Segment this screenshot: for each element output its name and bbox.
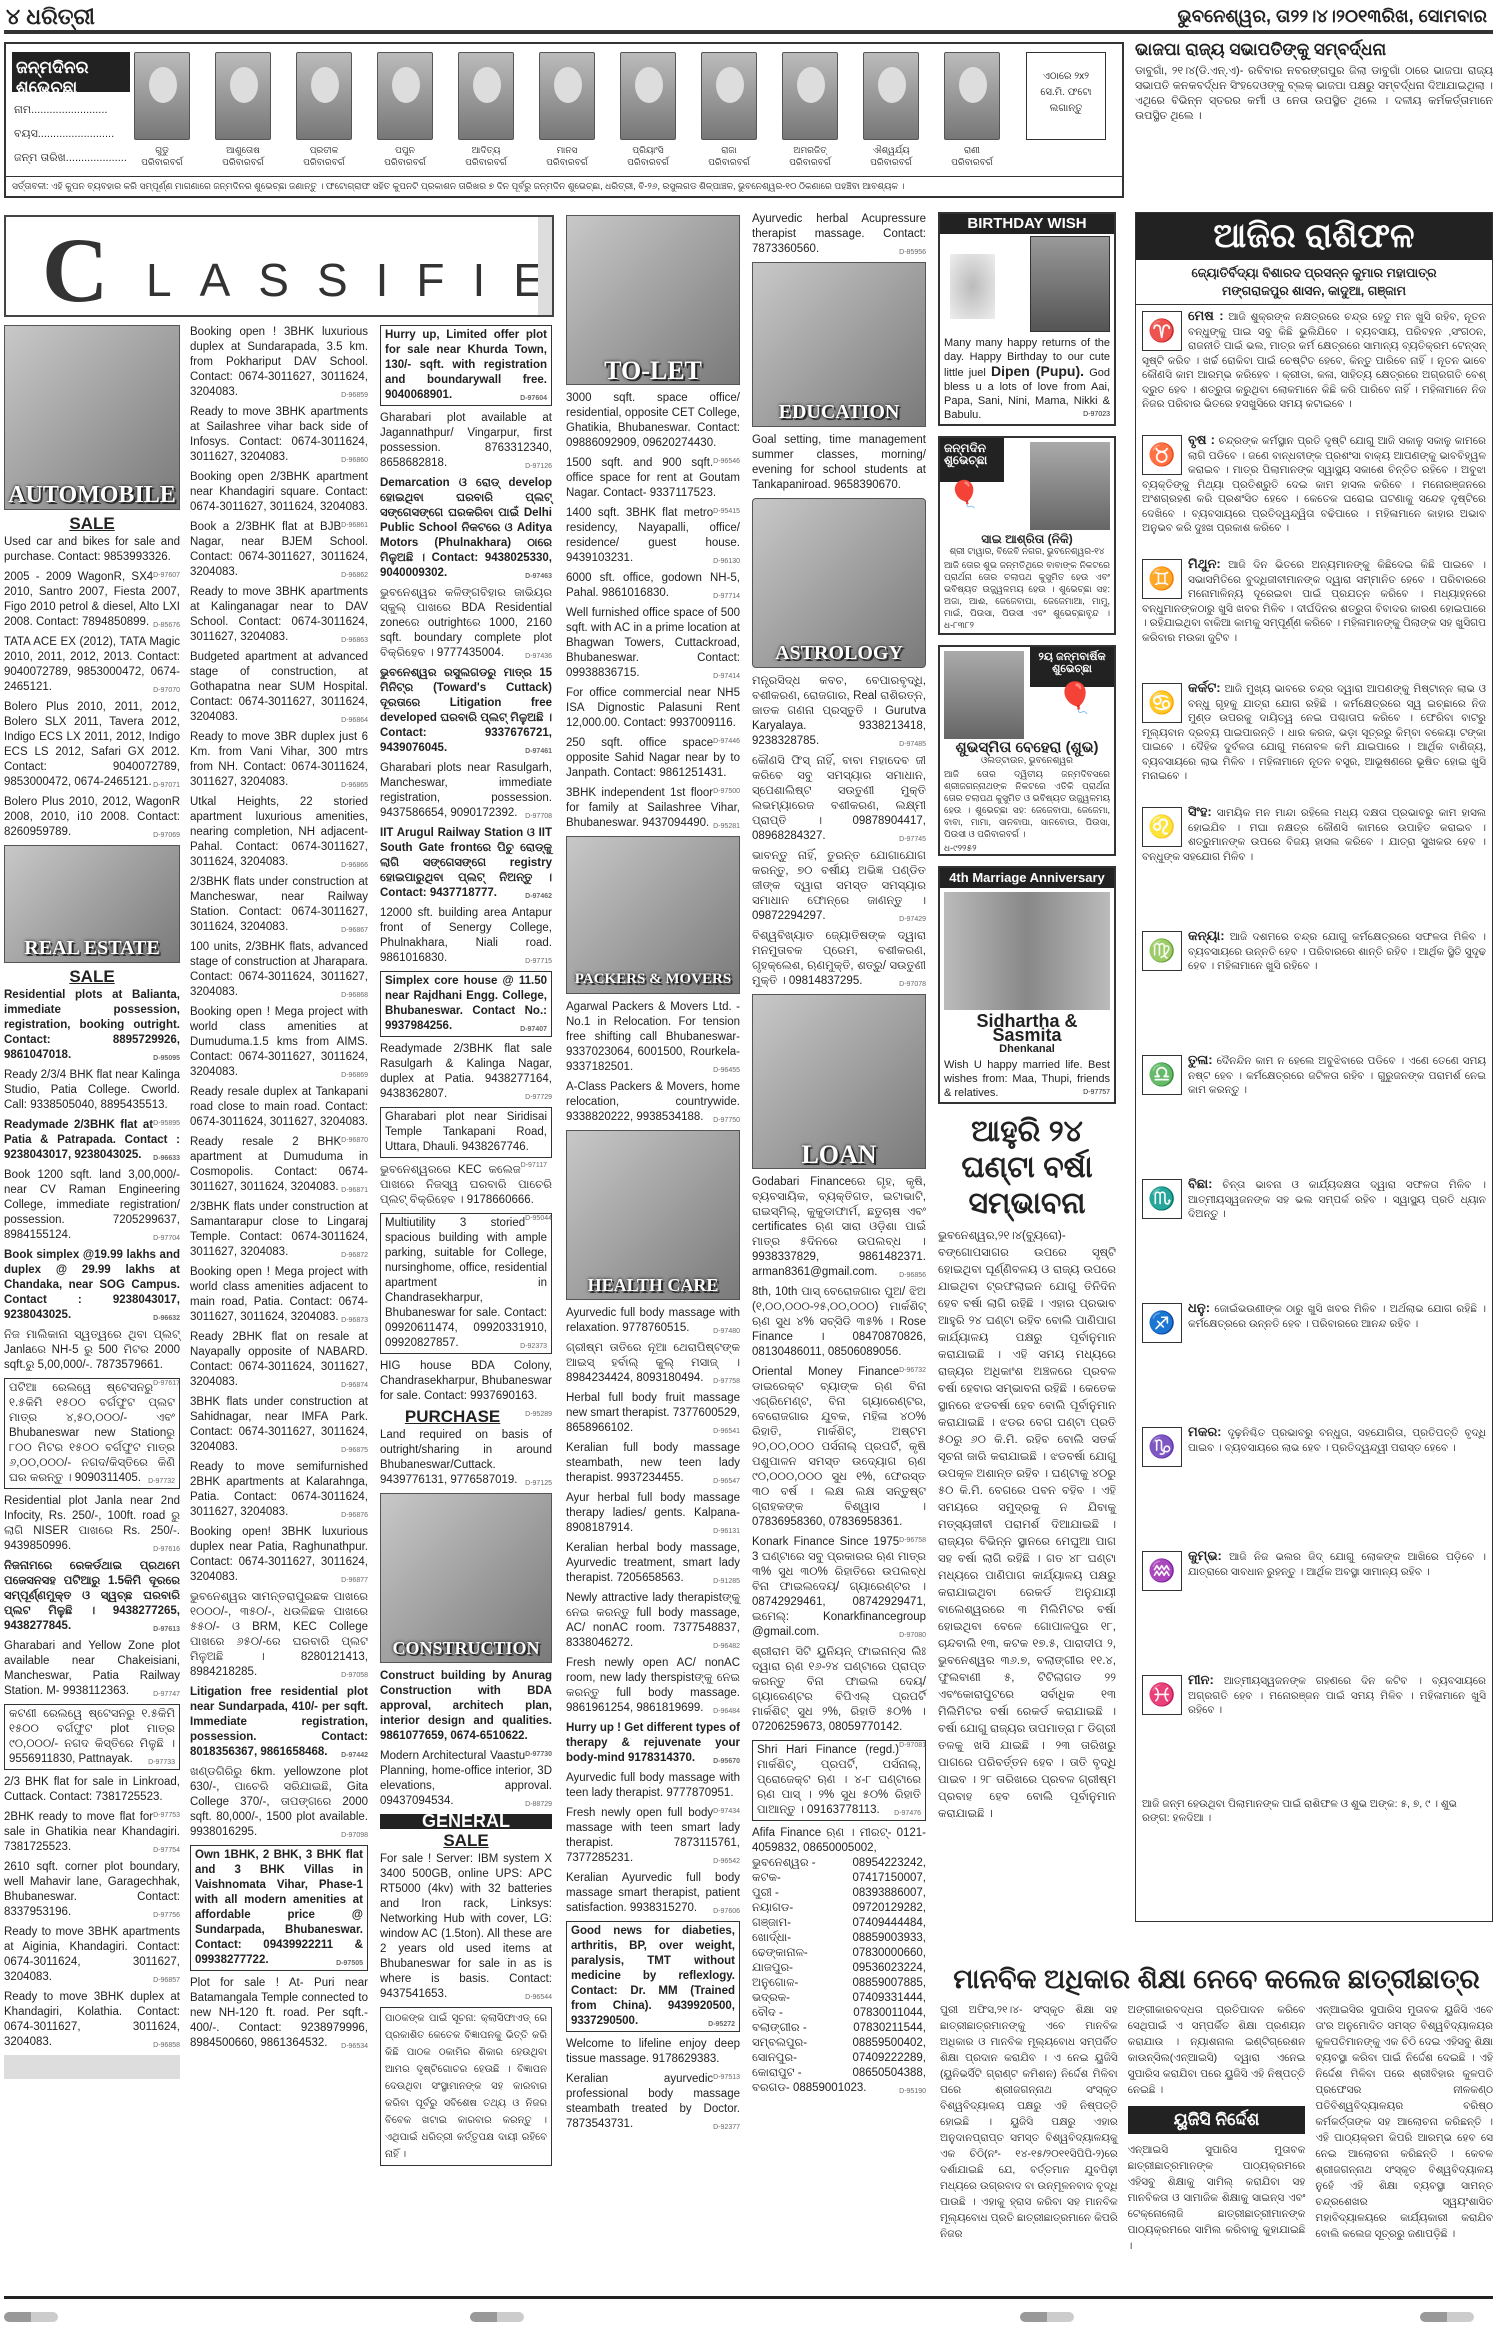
classified-ad: Ready to move 3BR duplex just 6 Km. from… — [190, 730, 368, 790]
ad-code: D-96546 — [713, 454, 740, 469]
classified-ad: Herbal full body fruit massage new smart… — [566, 1391, 740, 1436]
ad-code: D-96877 — [341, 1573, 368, 1588]
classified-ad: Book simplex @19.99 lakhs and duplex @ 2… — [4, 1248, 180, 1323]
rain-news-body: ଭୁବନେଶ୍ୱର,୨୧।୪(ବ୍ୟୁରୋ)- ବଙ୍ଗୋପସାଗର ଉପରେ … — [938, 1228, 1116, 1823]
zodiac-icon: ♊ — [1142, 559, 1182, 599]
anniversary-ad: 4th Marriage Anniversary Sidhartha & Sas… — [938, 866, 1116, 1104]
ad-code: D-97070 — [153, 683, 180, 698]
branch-row: ଭଦ୍ରକ-07409331444, — [752, 1991, 926, 2006]
ad-code: D-96868 — [341, 988, 368, 1003]
classified-ad: ଭୁବନେଶ୍ୱର ରସୁଲଗଡରୁ ମାତ୍ର 15 ମିନିଟ୍ର (Tow… — [380, 666, 552, 756]
classified-ad: Goal setting, time management summer cla… — [752, 433, 926, 493]
classified-ad: Ayurvedic full body massage with relaxat… — [566, 1306, 740, 1336]
ad-code: D-97442 — [341, 1748, 368, 1763]
ad-code: D-97080 — [899, 1628, 926, 1643]
classified-ad: Ayurvedic herbal Acupressure therapist m… — [752, 212, 926, 257]
classified-ad: 12000 sft. building area Antapur front o… — [380, 906, 552, 966]
ad-code: D-97071 — [153, 778, 180, 793]
ad-code: D-96632 — [153, 1311, 180, 1326]
ad-code: D-97704 — [153, 1231, 180, 1246]
ad-code: D-96867 — [341, 923, 368, 938]
ad-code: D-95895 — [153, 1116, 180, 1131]
classified-ad: 6000 sft. office, godown NH-5, Pahal. 98… — [566, 571, 740, 601]
to-let-image: TO-LET — [566, 215, 740, 385]
horoscope-sign: ♍କନ୍ୟା: ଆଜି ଦଶମରେ ଚନ୍ଦ୍ର ଯୋଗୁ କର୍ମକ୍ଷେତ୍… — [1136, 925, 1492, 1049]
ad-code: D-97414 — [713, 669, 740, 684]
zodiac-icon: ♋ — [1142, 683, 1182, 723]
ad-code: D-96863 — [341, 633, 368, 648]
classified-ad: Readymade 2/3BHK flat sale Rasulgarh & K… — [380, 1042, 552, 1102]
astrology-image: ASTROLOGY — [752, 498, 926, 668]
packers-movers-image: PACKERS & MOVERS — [566, 836, 740, 994]
balloons-icon: 🎈 — [948, 488, 980, 500]
ad-code: D-91285 — [713, 1574, 740, 1589]
ad-code: D-96874 — [341, 1378, 368, 1393]
ad-code: D-97098 — [341, 1828, 368, 1843]
classified-ad: Multiutility 3 storied spacious building… — [380, 1213, 552, 1354]
classified-ad: Plot for sale ! At- Puri near Batamangal… — [190, 1976, 368, 2051]
classified-ad: Ready to move 3BHK apartments at Sailash… — [190, 405, 368, 465]
branch-row: ଭୁବନେଶ୍ୱର -08954223242, — [752, 1856, 926, 1871]
ad-code: D-97446 — [713, 734, 740, 749]
coupon-terms: ସର୍ତ୍ତାବଳୀ: ଏହି କୁପନ ବ୍ୟବହାର କରି ସମ୍ପୂର୍… — [6, 176, 1122, 196]
classified-ad: Own 1BHK, 2 BHK, 3 BHK flat and 3 BHK Vi… — [190, 1845, 368, 1971]
classified-ad: Ready to move 3BHK apartments at Kalinga… — [190, 585, 368, 645]
classified-ad: ଭୁବନେଶ୍ୱର କଳିଙ୍ଗବିହାର ଜାଭିୟର ସ୍କୁଲ୍ ପାଖର… — [380, 586, 552, 661]
ad-code: D-97463 — [525, 569, 552, 584]
horoscope-sign: ♈ମେଷ : ଆଜି ଶୁକ୍ରଙ୍କ ନକ୍ଷତ୍ରରେ ଚନ୍ଦ୍ର ହେତ… — [1136, 305, 1492, 429]
horoscope-sign: ♓ମୀନ: ଆତ୍ମୀୟସ୍ୱଜନଙ୍କ ଗହଣରେ ଦିନ କଟିବ । ବ୍… — [1136, 1669, 1492, 1793]
ad-code: D-97714 — [713, 589, 740, 604]
classified-ad: Oriental Money Finance ଡାଇରେକ୍ଟ ବ୍ୟାଙ୍କ … — [752, 1365, 926, 1530]
ad-code: D-97476 — [894, 1806, 921, 1821]
ad-code: D-96544 — [525, 1990, 552, 2005]
ad-code: D-97747 — [153, 1687, 180, 1702]
classified-ad: Good news for diabeties, arthritis, BP, … — [566, 1921, 740, 2032]
column-tolet-health: TO-LET 3000 sqft. space office/ resident… — [566, 215, 740, 2137]
child-photo — [539, 52, 595, 140]
classified-ad: Hurry up ! Get different types of therap… — [566, 1721, 740, 1766]
ad-code: D-97480 — [713, 1324, 740, 1339]
ad-code: D-95095 — [153, 1051, 180, 1066]
child-photo — [296, 52, 352, 140]
birthday-wish-ad-2: ଜନ୍ମଦିନ ଶୁଭେଚ୍ଛା 🎈 ସାଇ ଆଶ୍ରିତା (ନିକି) ଶ୍… — [938, 436, 1116, 635]
branch-row: ବୌଦ -07830011044, — [752, 2006, 926, 2021]
child-caption: ମାନସପରିବାରବର୍ଗ — [532, 144, 602, 168]
ad-code: D-97434 — [713, 1804, 740, 1819]
zodiac-icon: ♉ — [1142, 435, 1182, 475]
classified-ad: 3000 sqft. space office/ residential, op… — [566, 391, 740, 451]
classified-ad: Ready to move semifurnished 2BHK apartme… — [190, 1460, 368, 1520]
ad-code: D-97715 — [525, 954, 552, 969]
classified-ad: Hurry up, Limited offer plot for sale ne… — [380, 325, 552, 406]
classified-ad: Ayur herbal full body massage therapy la… — [566, 1491, 740, 1536]
column-real-estate-listings: Booking open ! 3BHK luxurious duplex at … — [190, 325, 368, 2056]
branch-row: ଯାଜପୁର-09536023224, — [752, 1961, 926, 1976]
section-heading: SALE — [380, 1833, 552, 1848]
ad-code: D-96633 — [153, 1151, 180, 1166]
child-photo — [863, 52, 919, 140]
classified-ad: Agarwal Packers & Movers Ltd. - No.1 in … — [566, 1000, 740, 1075]
reader-notice: ପାଠକଙ୍କ ପାଇଁ ସୂଚନା: କ୍ଲାସିଫାଏଡ୍ ରେ ପ୍ରକା… — [380, 2007, 552, 2166]
classified-ad: ନିଜନାମରେ ରେକର୍ଡଥାଇ ପ୍ରଥମେ ପଜେସନସହ ପଟିଆରୁ… — [4, 1559, 180, 1634]
horoscope-sign: ♉ବୃଷ : ଚନ୍ଦ୍ରଙ୍କ କର୍ମସ୍ଥାନ ପ୍ରତି ଦୃଷ୍ଟି … — [1136, 429, 1492, 553]
classified-ad: Keralian full body massage steambath, ne… — [566, 1441, 740, 1486]
ad-code: D-96860 — [341, 453, 368, 468]
ad-code: D-97745 — [899, 832, 926, 847]
horoscope-sign: ♊ମିଥୁନ: ଆଜି ଦିନ ଭିତରେ ଅନ୍ୟମାନଙ୍କୁ କିଛିଦେ… — [1136, 553, 1492, 677]
ad-code: D-97758 — [713, 1374, 740, 1389]
classified-ad: TATA ACE EX (2012), TATA Magic 2010, 201… — [4, 635, 180, 695]
zodiac-icon: ♍ — [1142, 931, 1182, 971]
ad-code: D-96862 — [341, 568, 368, 583]
astrologer-place: ମଙ୍ଗରାଜପୁର ଶାସନ, କାଦୁଆ, ଗଞ୍ଜାମ — [1140, 282, 1488, 300]
classified-ad: 2/3BHK flats under construction at Manch… — [190, 875, 368, 935]
classified-ad: Demarcation ଓ ରୋଡ୍ develop ହୋଇଥିବା ଘରବାର… — [380, 476, 552, 581]
ad-code: D-97462 — [525, 889, 552, 904]
classified-ad: ଗ୍ରୀଷ୍ମ ତାତିରେ ନୂଆ ଥେରାପିଷ୍ଟଙ୍କ ଆଇସ୍ ହର୍… — [566, 1341, 740, 1386]
ad-code: D-97078 — [899, 977, 926, 992]
ad-code: D-96858 — [153, 2038, 180, 2053]
branch-row: ପୁରୀ -08393886007, — [752, 1886, 926, 1901]
zodiac-icon: ♏ — [1142, 1179, 1182, 1219]
ad-code: D-96482 — [713, 1639, 740, 1654]
ad-code: D-95289 — [525, 1407, 552, 1422]
branch-row: ଖୋର୍ଦ୍ଧା-08859003933, — [752, 1931, 926, 1946]
horoscope-sign: ♐ଧନୁ: ଜୋଇଁଭଉଣୀଙ୍କ ଠାରୁ ଖୁସି ଖବର ମିଳିବ । … — [1136, 1297, 1492, 1421]
ad-code: D-95044 — [525, 1211, 552, 1226]
branch-row: ଢେଙ୍କାନାଳ-07830000660, — [752, 1946, 926, 1961]
zodiac-icon: ♑ — [1142, 1427, 1182, 1467]
branch-row: ସୋନପୁର-07409222289, — [752, 2051, 926, 2066]
classified-ad: Budgeted apartment at advanced stage of … — [190, 650, 368, 725]
classified-ad: Litigation free residential plot near Su… — [190, 1685, 368, 1760]
classified-ad: Keralian herbal body massage, Ayurvedic … — [566, 1541, 740, 1586]
ad-code: D-88729 — [525, 1797, 552, 1812]
ad-code: D-96872 — [341, 1248, 368, 1263]
column-plots-purchase-general: Hurry up, Limited offer plot for sale ne… — [380, 325, 552, 2171]
classified-ad: Ayurvedic full body massage with teen la… — [566, 1771, 740, 1801]
child-caption: ପ୍ରତୀକପରିବାରବର୍ଗ — [289, 144, 359, 168]
ad-code: D-97756 — [153, 1908, 180, 1923]
afifa-finance-ad: Afifa Finance ଋଣ । ମୀରଟ୍- 0121-4059832, … — [752, 1826, 926, 2096]
classified-ad: Godabari Financeରେ ଗୃହ, କୃଷି, ବ୍ୟବସାୟିକ,… — [752, 1175, 926, 1280]
child-caption: ଐଶ୍ୱର୍ଯ୍ୟପରିବାରବର୍ଗ — [856, 144, 926, 168]
automobile-image: AUTOMOBILE — [4, 325, 180, 510]
horoscope-box: ଆଜିର ରାଶିଫଳ ଜ୍ୟୋତିର୍ବିଦ୍ୟା ବିଶାରଦ ପ୍ରସନ୍… — [1135, 212, 1493, 1922]
classified-ad: Ready to move 3BHK duplex at Khandagiri,… — [4, 1990, 180, 2050]
ad-code: D-95415 — [713, 504, 740, 519]
side-news-body: ଡାବୁଗାଁ, ୨୧।୪(ଡି.ଏନ୍.ଏ)- ରବିବାର ନବରଙ୍ଗପୁ… — [1135, 64, 1493, 124]
dob-field: ଜନ୍ମ ତାରିଖ.................... — [14, 152, 127, 165]
child-caption: ରାଜାପରିବାରବର୍ଗ — [694, 144, 764, 168]
classified-ad: Utkal Heights, 22 storied apartment luxu… — [190, 795, 368, 870]
page-marker — [470, 2312, 524, 2322]
child-photo — [215, 52, 271, 140]
ad-code: D-96130 — [713, 554, 740, 569]
ad-code: D-97126 — [525, 459, 552, 474]
education-image: EDUCATION — [752, 262, 926, 427]
ad-code: D-96870 — [341, 1133, 368, 1148]
zodiac-icon: ♒ — [1142, 1551, 1182, 1591]
ad-code: D-97117 — [521, 1158, 547, 1173]
branch-row: ସମ୍ବଲପୁର-08859500402, — [752, 2036, 926, 2051]
classified-ad: For office commercial near NH5 ISA Digno… — [566, 686, 740, 731]
branch-row: ଅନୁଗୋଳ-08859007885, — [752, 1976, 926, 1991]
branch-row: କୋରାପୁଟ -08650504388, — [752, 2066, 926, 2081]
flower-bouquet-icon — [950, 254, 995, 319]
ad-code: D-97069 — [153, 828, 180, 843]
section-heading: SALE — [4, 969, 180, 984]
branch-row: ବଲାଙ୍ଗୀର -07830211544, — [752, 2021, 926, 2036]
ad-code: D-96455 — [713, 1063, 740, 1078]
ad-code: D-97407 — [520, 1022, 547, 1037]
classified-ad: Bolero Plus 2010, 2011, 2012, Bolero SLX… — [4, 700, 180, 790]
ad-code: D-97505 — [336, 1956, 363, 1971]
horoscope-sign: ♎ତୁଳା: ଦୈନନ୍ଦିନ କାମ ନ ହେଲେ ଅବୁଝିବାରେ ପଡି… — [1136, 1049, 1492, 1173]
ad-code: D-97461 — [525, 744, 552, 759]
horoscope-title: ଆଜିର ରାଶିଫଳ — [1136, 213, 1492, 260]
real-estate-image: REAL ESTATE — [4, 845, 180, 963]
branch-row: କଟକ-07417150007, — [752, 1871, 926, 1886]
page-marker — [1420, 2312, 1474, 2322]
ad-code: D-97750 — [713, 1113, 740, 1128]
classified-ad: Booking open ! Mega project with world c… — [190, 1265, 368, 1325]
ad-code: D-96859 — [341, 388, 368, 403]
classified-ad: ଭାବନ୍ତୁ ନାହିଁ, ତୁରନ୍ତ ଯୋଗାଯୋଗ କରନ୍ତୁ, ୭୦… — [752, 849, 926, 924]
child-photo — [944, 651, 1024, 739]
classified-ad: Welcome to lifeline enjoy deep tissue ma… — [566, 2037, 740, 2067]
name-field: ନାମ......................... — [14, 104, 107, 117]
child-caption: ପପୁନପରିବାରବର୍ଗ — [370, 144, 440, 168]
classified-ad: For sale ! Server: IBM system X 3400 500… — [380, 1852, 552, 2002]
ad-code: D-97513 — [713, 2070, 740, 2085]
classified-ad: Ready 2/3/4 BHK flat near Kalinga Studio… — [4, 1068, 180, 1113]
ad-code: D-97429 — [899, 912, 926, 927]
ad-code: D-96866 — [341, 858, 368, 873]
classified-ad: Keralian Ayurvedic full body massage sma… — [566, 1871, 740, 1916]
branch-row: ନୟାଗଡ-09720129282, — [752, 1901, 926, 1916]
classified-ad: Gharabari plots near Rasulgarh, Manchesw… — [380, 761, 552, 821]
child-photo — [782, 52, 838, 140]
ad-code: D-85676 — [153, 618, 180, 633]
ugc-news-headline: ମାନବିକ ଅଧିକାର ଶିକ୍ଷା ନେବେ କଲେଜ ଛାତ୍ରୀଛାତ… — [940, 1962, 1493, 1996]
classified-ad: Residential plots at Balianta, immediate… — [4, 988, 180, 1063]
zodiac-icon: ♎ — [1142, 1055, 1182, 1095]
child-photo — [1030, 442, 1110, 530]
birthday-wish-ad-3: ୨ୟ ଜନ୍ମବାର୍ଷିକ ଶୁଭେଚ୍ଛା 🎈 ଶୁଭସ୍ମିତା ବେହେ… — [938, 645, 1116, 856]
child-caption: ପ୍ରିୟାଂସିପରିବାରବର୍ଗ — [613, 144, 683, 168]
ad-code: D-92377 — [713, 2120, 740, 2135]
classified-ad: Land required on basis of outright/shari… — [380, 1428, 552, 1488]
ad-code: D-96542 — [713, 1854, 740, 1869]
classified-ad: Booking open 2/3BHK apartment near Khand… — [190, 470, 368, 515]
zodiac-icon: ♈ — [1142, 311, 1182, 351]
dateline: ଭୁବନେଶ୍ୱର, ତା୨୨।୪।୨୦୧୩ରିଖ, ସୋମବାର — [1178, 6, 1487, 27]
child-caption: ଗୁଡୁପରିବାରବର୍ଗ — [127, 144, 197, 168]
ad-code: D-97616 — [153, 1542, 180, 1557]
classified-ad: Well furnished office space of 500 sqft.… — [566, 606, 740, 681]
ad-code: D-97606 — [713, 1904, 740, 1919]
ad-code: D-95272 — [708, 2017, 735, 2032]
side-news-story: ଭାଜପା ରାଜ୍ୟ ସଭାପତିଙ୍କୁ ସମ୍ବର୍ଦ୍ଧନା ଡାବୁଗ… — [1135, 40, 1493, 124]
child-photo — [458, 52, 514, 140]
classified-ad: Residential plot Janla near 2nd Infocity… — [4, 1494, 180, 1554]
side-news-headline: ଭାଜପା ରାଜ୍ୟ ସଭାପତିଙ୍କୁ ସମ୍ବର୍ଦ୍ଧନା — [1135, 40, 1493, 60]
classified-ad: HIG house BDA Colony, Chandrasekharpur, … — [380, 1359, 552, 1404]
horoscope-footer: ଆଜି ଜନ୍ମ ହେଉଥିବା ପିଲାମାନଙ୍କ ପାଇଁ ରାଶିଫଳ … — [1136, 1793, 1492, 1829]
classified-ad: Fresh newly open AC/ nonAC room, new lad… — [566, 1656, 740, 1716]
page-marker — [1020, 2312, 1074, 2322]
ad-code: D-92373 — [520, 1339, 547, 1354]
ad-code: D-97125 — [525, 1476, 552, 1491]
ad-code: D-97754 — [153, 1843, 180, 1858]
classified-ad: କୌଣସି ଫିସ୍ ନାହିଁ, ବାବା ମହାଦେବ ଜୀ କରିବେ ସ… — [752, 754, 926, 844]
ad-code: D-96758 — [899, 1533, 926, 1548]
rain-news-headline: ଆହୁରି ୨୪ ଘଣ୍ଟା ବର୍ଷା ସମ୍ଭାବନା — [938, 1114, 1116, 1222]
couple-photo — [944, 892, 1110, 1010]
classified-ad: Gharabari and Yellow Zone plot available… — [4, 1639, 180, 1699]
column-automobile-realestate: AUTOMOBILE SALE Used car and bikes for s… — [4, 325, 180, 2079]
ad-code: D-97613 — [153, 1622, 180, 1637]
ad-code: D-96547 — [713, 1474, 740, 1489]
classified-ad: IIT Arugul Railway Station ଓ IIT South G… — [380, 826, 552, 901]
ad-code: D-97485 — [899, 737, 926, 752]
classified-ad: Newly attractive lady therapistଙ୍କୁ ନେଇ … — [566, 1591, 740, 1651]
page-marker — [4, 2312, 58, 2322]
classified-ad: Booking open ! Mega project with world c… — [190, 1005, 368, 1080]
classified-ad: Gharabari plot near Siridisai Temple Tan… — [380, 1107, 552, 1158]
classified-ad: A-Class Packers & Movers, home relocatio… — [566, 1080, 740, 1125]
page-number: ୪ ଧରିତ୍ରୀ — [6, 4, 95, 30]
footer-rule — [4, 2296, 1493, 2299]
ad-code: D-96865 — [341, 778, 368, 793]
branch-row: ଗଞ୍ଜାମ-07409444484, — [752, 1916, 926, 1931]
ad-code: D-96864 — [341, 713, 368, 728]
classified-ad: Bolero Plus 2010, 2012, WagonR 2008, 201… — [4, 795, 180, 840]
horoscope-sign: ♌ସିଂହ: ସାମୟିକ ମନ ମାନ୍ଦା ରହିଲେ ମଧ୍ୟ ଦକ୍ଷତ… — [1136, 801, 1492, 925]
birthday-coupon-title: ଜନ୍ମଦିନର ଶୁଭେଚ୍ଛା — [12, 52, 130, 92]
classified-ad: ଖଣ୍ଡଗିରିରୁ 6km. yellowzone plot 630/-, ପ… — [190, 1765, 368, 1840]
ad-code: D-96857 — [153, 1973, 180, 1988]
ad-code: D-95670 — [713, 1754, 740, 1769]
classified-ad: 3BHK flats under construction at Sahidna… — [190, 1395, 368, 1455]
ad-code: D-97058 — [341, 1668, 368, 1683]
ad-code: D-97436 — [525, 649, 552, 664]
banner-text: LASSIFIED — [146, 253, 633, 307]
horoscope-sign: ♒କୁମ୍ଭ: ଆଜି ନିଜ ଭଲର ଜିଦ୍ ଯୋଗୁ ଲୋକଙ୍କ ଆଖି… — [1136, 1545, 1492, 1669]
balloons-icon: 🎈 — [1057, 693, 1094, 705]
ad-code: D-96732 — [899, 1363, 926, 1378]
ad-code: D-96541 — [713, 1424, 740, 1439]
general-heading: GENERAL — [380, 1814, 552, 1829]
column-education-astrology-loan: Ayurvedic herbal Acupressure therapist m… — [752, 212, 926, 2101]
ad-code: D-97081 — [899, 1738, 926, 1753]
classified-ad: Construct building by Anurag Constructio… — [380, 1669, 552, 1744]
ad-code: D-85956 — [899, 245, 926, 260]
section-heading: SALE — [4, 516, 180, 531]
ad-code: D-96876 — [341, 1508, 368, 1523]
photo-placeholder: ଏଠାରେ ୨x୨ ସେ.ମି. ଫଟୋ ଲଗାନ୍ତୁ — [1026, 52, 1106, 140]
classified-ad: ପଟିଆ ରେଲୱେ ଷ୍ଟେସନରୁ ୧.୫କିମି ୧୫୦୦ ବର୍ଗଫୁଟ… — [4, 1378, 180, 1489]
ad-code: D-96856 — [899, 1268, 926, 1283]
construction-image: CONSTRUCTION — [380, 1493, 552, 1663]
child-photo — [620, 52, 676, 140]
birthday-coupon: ଜନ୍ମଦିନର ଶୁଭେଚ୍ଛା ନାମ...................… — [4, 42, 1124, 198]
astrologer-name: ଜ୍ୟୋତିର୍ବିଦ୍ୟା ବିଶାରଦ ପ୍ରସନ୍ନ କୁମାର ମହାପ… — [1140, 264, 1488, 282]
classified-ad: Book 1200 sqft. land 3,00,000/- near CV … — [4, 1168, 180, 1243]
ad-code: D-96871 — [341, 1183, 368, 1198]
classified-ad: ଭୁବନେଶ୍ୱର ସାମନ୍ତରାପୁରଛକ ପାଖରେ ୧୦୦୦/-, ୩୫… — [190, 1590, 368, 1680]
ad-code: D-97604 — [520, 391, 547, 406]
ad-code: D-96131 — [713, 1524, 740, 1539]
age-field: ବୟସ......................... — [14, 128, 114, 141]
ad-code: D-97617 — [153, 1376, 180, 1391]
ad-code: D-97753 — [153, 1808, 180, 1823]
ad-code: D-96873 — [341, 1313, 368, 1328]
horoscope-sign: ♑ମକର: ଦୃଢ଼ନିଶ୍ଚିତ ପ୍ରଭାବରୁ ବନ୍ଧୁତା, ସହଯୋ… — [1136, 1421, 1492, 1545]
ad-code: D-97607 — [153, 568, 180, 583]
ad-code: D-97732 — [148, 1474, 175, 1489]
child-caption: ଆଶୁତୋଷପରିବାରବର୍ଗ — [208, 144, 278, 168]
horoscope-sign: ♏ବିଛା: ଚିନ୍ତା ଭାବନା ଓ କାର୍ଯ୍ୟଦକ୍ଷତା ଦ୍ୱା… — [1136, 1173, 1492, 1297]
classified-ad: Simplex core house @ 11.50 near Rajdhani… — [380, 971, 552, 1037]
classified-ad: ମନ୍ତ୍ରସିଦ୍ଧ କବଚ, ବେପାରବୃଦ୍ଧି, ବଶୀକରଣ, ରୋ… — [752, 674, 926, 749]
classified-ad: Konark Finance Since 1975 3 ଘଣ୍ଟାରେ ସବୁ … — [752, 1535, 926, 1640]
loan-image: LOAN — [752, 994, 926, 1169]
child-photo — [1030, 236, 1110, 332]
classified-ad: ନିଜ ମାଲିକାନା ସ୍ୱତ୍ୱରେ ଥିବା ପ୍ଲଟ୍ Janlaରେ… — [4, 1328, 180, 1373]
ad-code: D-95281 — [713, 819, 740, 834]
ad-code: D-96861 — [341, 518, 368, 533]
zodiac-icon: ♌ — [1142, 807, 1182, 847]
health-care-image: HEALTH CARE — [566, 1130, 740, 1300]
classified-ad: Gharabari plot available at Jagannathpur… — [380, 411, 552, 471]
ugc-subheading: ୟୁଜିସି ନିର୍ଦ୍ଦେଶ — [1128, 2106, 1306, 2134]
classified-ad: ଶ୍ରୀରାମ ସିଟି ୟୁନିୟନ୍ ଫାଇନାନ୍ସ ଲିଃ ଦ୍ୱାରା… — [752, 1645, 926, 1735]
zodiac-icon: ♓ — [1142, 1675, 1182, 1715]
ad-code: D-96875 — [341, 1443, 368, 1458]
ugc-news-story: ମାନବିକ ଅଧିକାର ଶିକ୍ଷା ନେବେ କଲେଜ ଛାତ୍ରୀଛାତ… — [940, 1962, 1493, 2254]
column-wishes-news: BIRTHDAY WISH Many many happy returns of… — [938, 212, 1116, 1823]
child-photo — [377, 52, 433, 140]
classified-ad: 2610 sqft. corner plot boundary, well Ma… — [4, 1860, 180, 1920]
ad-code: D-97729 — [525, 1090, 552, 1105]
classified-ad: Ready 2BHK flat on resale at Nayapally o… — [190, 1330, 368, 1390]
child-photo — [944, 52, 1000, 140]
horoscope-sign: ♋କର୍କଟ: ଆଜି ମୁଖ୍ୟ ଭାବରେ ଚନ୍ଦ୍ର ଦ୍ୱାରା ଆପ… — [1136, 677, 1492, 801]
classified-ad: Booking open! 3BHK luxurious duplex near… — [190, 1525, 368, 1585]
ad-code: D-97708 — [525, 809, 552, 824]
ad-code: D-97730 — [525, 1747, 552, 1762]
ad-code: D-96484 — [713, 1704, 740, 1719]
classified-ad: Ready resale duplex at Tankapani road cl… — [190, 1085, 368, 1130]
birthday-wish-ad: BIRTHDAY WISH Many many happy returns of… — [938, 212, 1116, 426]
child-photo — [134, 52, 190, 140]
classified-ad: 100 units, 2/3BHK flats, advanced stage … — [190, 940, 368, 1000]
classified-ad: Used car and bikes for sale and purchase… — [4, 535, 180, 565]
classified-banner: C LASSIFIED — [4, 215, 554, 317]
classified-ad: କଟଣୀ ରେଲୱେ ଷ୍ଟେସନରୁ ୧.୫କିମି ୧୫୦୦ ବର୍ଗଫୁଟ… — [4, 1704, 180, 1770]
classified-ad: 8th, 10th ପାସ୍ ବେରୋଜଗାର ପୁଅ/ ଝିଅ (୧,୦୦,୦… — [752, 1285, 926, 1360]
child-photo — [701, 52, 757, 140]
classified-ad: Booking open ! 3BHK luxurious duplex at … — [190, 325, 368, 400]
ad-code: D-97733 — [148, 1755, 175, 1770]
zodiac-icon: ♐ — [1142, 1303, 1182, 1343]
ad-code: D-97500 — [713, 784, 740, 799]
banner-big-letter: C — [42, 217, 108, 323]
classified-ad: 2/3 BHK flat for sale in Linkroad, Cutta… — [4, 1775, 180, 1805]
